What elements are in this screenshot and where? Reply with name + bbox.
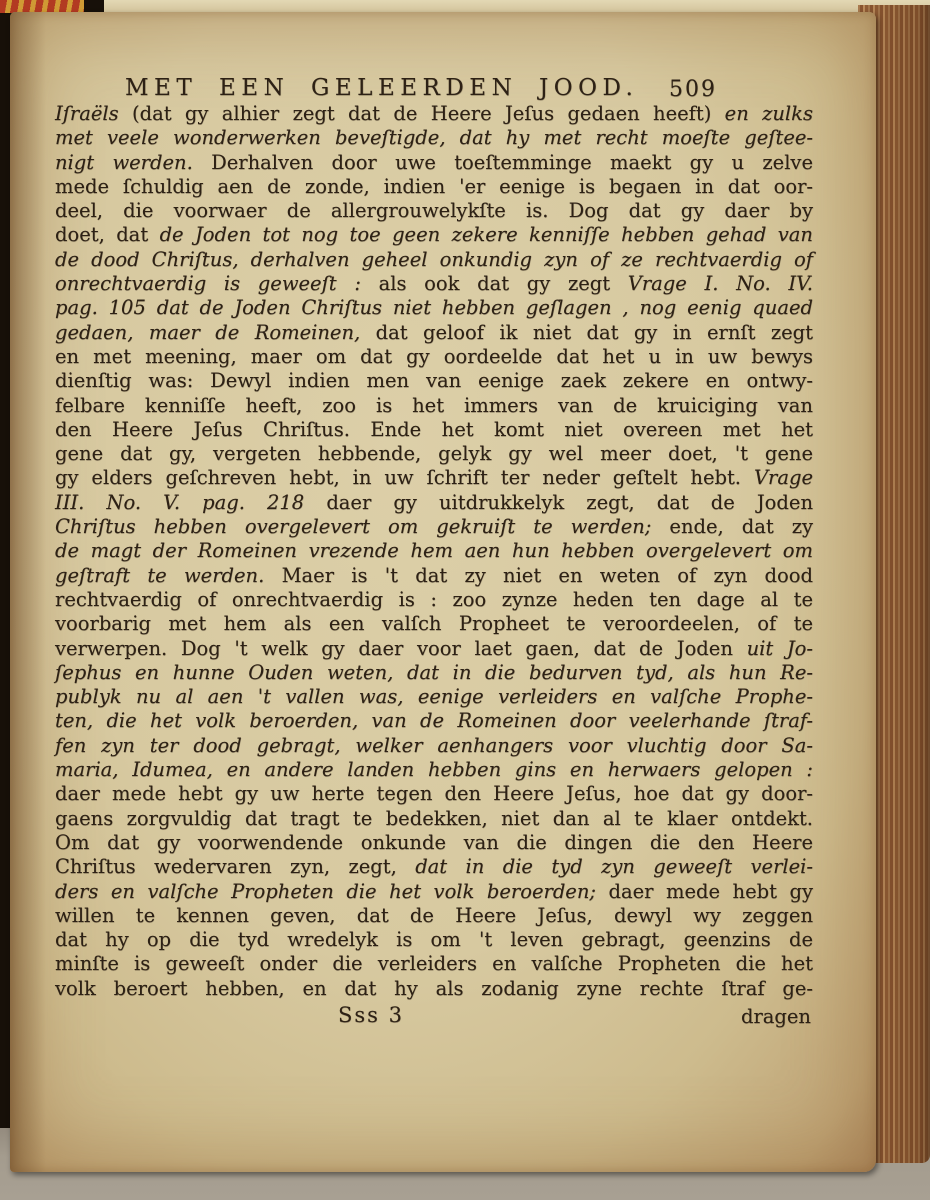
book-scan-photo: MET EEN GELEERDEN JOOD. 509 Iſraëls (dat… bbox=[0, 0, 930, 1200]
page-text: Iſraëls (dat gy alhier zegt dat de Heere… bbox=[55, 102, 813, 1001]
text-line: nigt werden. Derhalven door uwe toeſtemm… bbox=[55, 151, 813, 175]
text-line: deel, die voorwaer de allergrouwelykſte … bbox=[55, 199, 813, 223]
text-line: Om dat gy voorwendende onkunde van die d… bbox=[55, 831, 813, 855]
text-line: volk beroert hebben, en dat hy als zodan… bbox=[55, 977, 813, 1001]
text-line: Chriſtus hebben overgelevert om gekruiſt… bbox=[55, 515, 813, 539]
text-line: rechtvaerdig of onrechtvaerdig is : zoo … bbox=[55, 588, 813, 612]
text-line: ten, die het volk beroerden, van de Rome… bbox=[55, 709, 813, 733]
text-line: minſte is geweeſt onder die verleiders e… bbox=[55, 952, 813, 976]
text-line: doet, dat de Joden tot nog toe geen zeke… bbox=[55, 223, 813, 247]
text-line: de magt der Romeinen vrezende hem aen hu… bbox=[55, 539, 813, 563]
text-line: dienſtig was: Dewyl indien men van eenig… bbox=[55, 369, 813, 393]
text-line: gene dat gy, vergeten hebbende, gelyk gy… bbox=[55, 442, 813, 466]
catchword: dragen bbox=[741, 1005, 811, 1028]
text-line: gaens zorgvuldig dat tragt te bedekken, … bbox=[55, 807, 813, 831]
signature-mark: Sss 3 bbox=[338, 1003, 404, 1027]
text-line: mede ſchuldig aen de zonde, indien 'er e… bbox=[55, 175, 813, 199]
text-line: Iſraëls (dat gy alhier zegt dat de Heere… bbox=[55, 102, 813, 126]
text-line: onrechtvaerdig is geweeſt : als ook dat … bbox=[55, 272, 813, 296]
text-line: de dood Chriſtus, derhalven geheel onkun… bbox=[55, 248, 813, 272]
book-page: MET EEN GELEERDEN JOOD. 509 Iſraëls (dat… bbox=[10, 12, 876, 1172]
text-line: III. No. V. pag. 218 daer gy uitdrukkely… bbox=[55, 491, 813, 515]
page-header: MET EEN GELEERDEN JOOD. 509 bbox=[55, 75, 813, 103]
text-line: en met meening, maer om dat gy oordeelde… bbox=[55, 345, 813, 369]
page-footer: Sss 3 dragen bbox=[55, 1003, 813, 1035]
text-line: daer mede hebt gy uw herte tegen den Hee… bbox=[55, 782, 813, 806]
text-line: felbare kenniſſe heeft, zoo is het immer… bbox=[55, 394, 813, 418]
text-line: willen te kennen geven, dat de Heere Jeſ… bbox=[55, 904, 813, 928]
text-line: geſtraft te werden. Maer is 't dat zy ni… bbox=[55, 564, 813, 588]
text-block: MET EEN GELEERDEN JOOD. 509 Iſraëls (dat… bbox=[55, 75, 813, 103]
text-line: fen zyn ter dood gebragt, welker aenhang… bbox=[55, 734, 813, 758]
text-line: maria, Idumea, en andere landen hebben g… bbox=[55, 758, 813, 782]
text-line: den Heere Jeſus Chriſtus. Ende het komt … bbox=[55, 418, 813, 442]
text-line: ſephus en hunne Ouden weten, dat in die … bbox=[55, 661, 813, 685]
text-line: publyk nu al aen 't vallen was, eenige v… bbox=[55, 685, 813, 709]
text-line: voorbarig met hem als een valſch Prophee… bbox=[55, 612, 813, 636]
page-number: 509 bbox=[669, 77, 717, 102]
text-line: pag. 105 dat de Joden Chriſtus niet hebb… bbox=[55, 296, 813, 320]
text-line: gy elders geſchreven hebt, in uw ſchrift… bbox=[55, 466, 813, 490]
gutter-shadow bbox=[10, 12, 46, 1172]
text-line: ders en valſche Propheten die het volk b… bbox=[55, 880, 813, 904]
text-line: verwerpen. Dog 't welk gy daer voor laet… bbox=[55, 637, 813, 661]
text-line: Chriſtus wedervaren zyn, zegt, dat in di… bbox=[55, 855, 813, 879]
text-line: met veele wonderwerken beveſtigde, dat h… bbox=[55, 126, 813, 150]
text-line: dat hy op die tyd wredelyk is om 't leve… bbox=[55, 928, 813, 952]
text-line: gedaen, maer de Romeinen, dat geloof ik … bbox=[55, 321, 813, 345]
running-title: MET EEN GELEERDEN JOOD. bbox=[125, 75, 638, 101]
